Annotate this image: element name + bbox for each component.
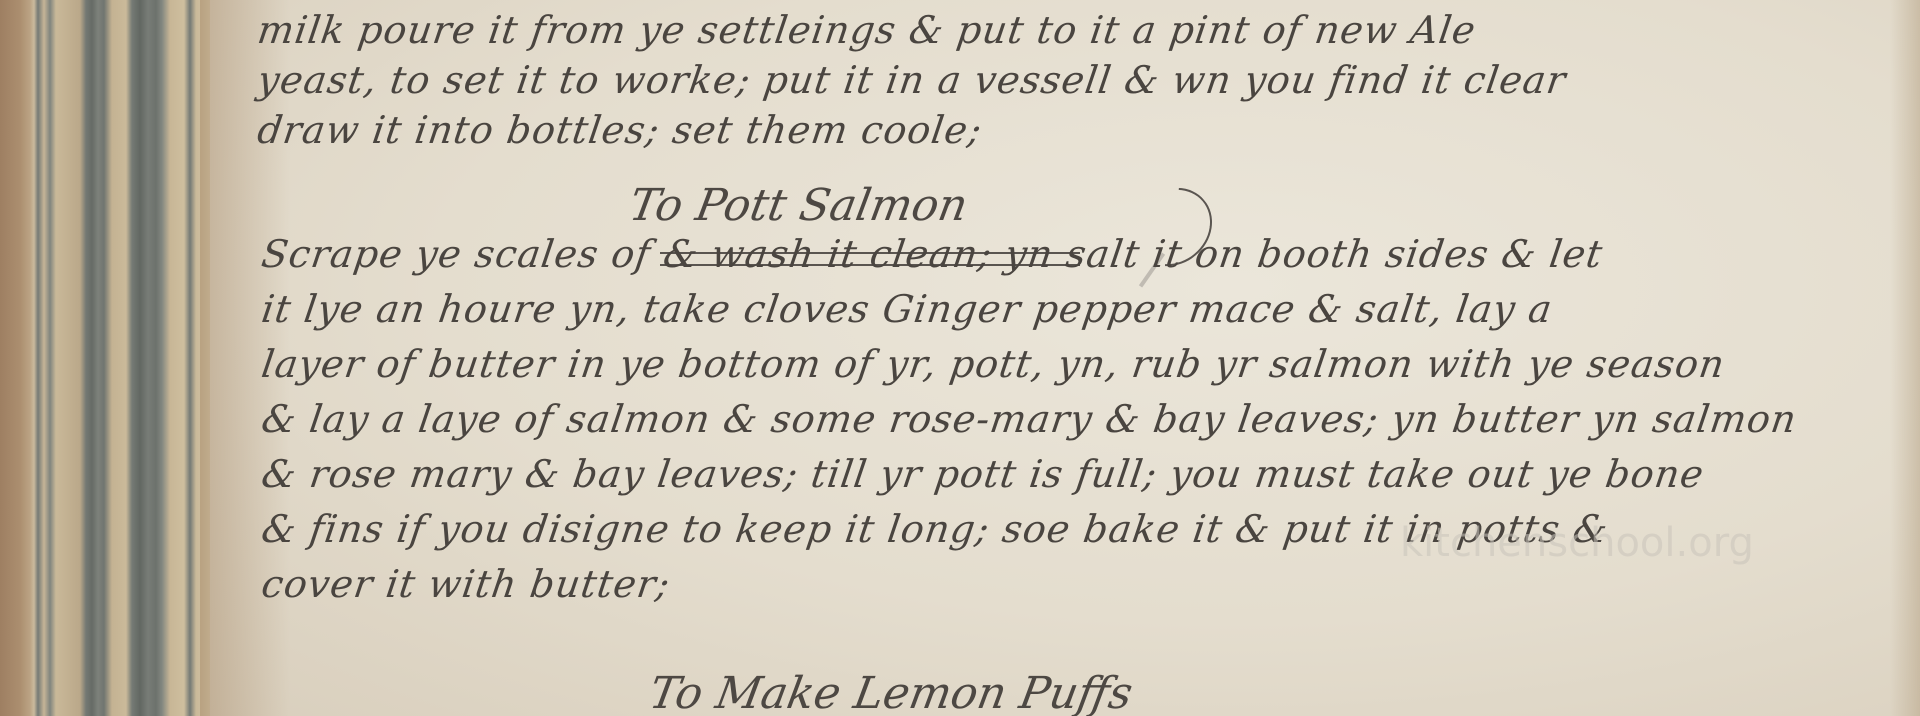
- recipe-line-4: & lay a laye of salmon & some rose-mary …: [259, 397, 1800, 441]
- previous-recipe-line-3: draw it into bottles; set them coole;: [255, 108, 985, 152]
- recipe-line-7: cover it with butter;: [259, 562, 673, 606]
- recipe-line-1: Scrape ye scales of & wash it clean; yn …: [259, 232, 1606, 276]
- recipe-line-3: layer of butter in ye bottom of yr, pott…: [259, 342, 1728, 386]
- website-watermark: kitchenschool.org: [1400, 520, 1754, 566]
- previous-recipe-line-2: yeast, to set it to worke; put it in a v…: [255, 58, 1569, 102]
- book-page-stack-edge: [0, 0, 210, 716]
- recipe-line-5: & rose mary & bay leaves; till yr pott i…: [259, 452, 1707, 496]
- page-right-edge: [1890, 0, 1920, 716]
- recipe-line-2: it lye an houre yn, take cloves Ginger p…: [259, 287, 1556, 331]
- recipe-title: To Pott Salmon: [626, 180, 972, 231]
- previous-recipe-line-1: milk poure it from ye settleings & put t…: [255, 8, 1479, 52]
- next-recipe-title: To Make Lemon Puffs: [646, 668, 1137, 716]
